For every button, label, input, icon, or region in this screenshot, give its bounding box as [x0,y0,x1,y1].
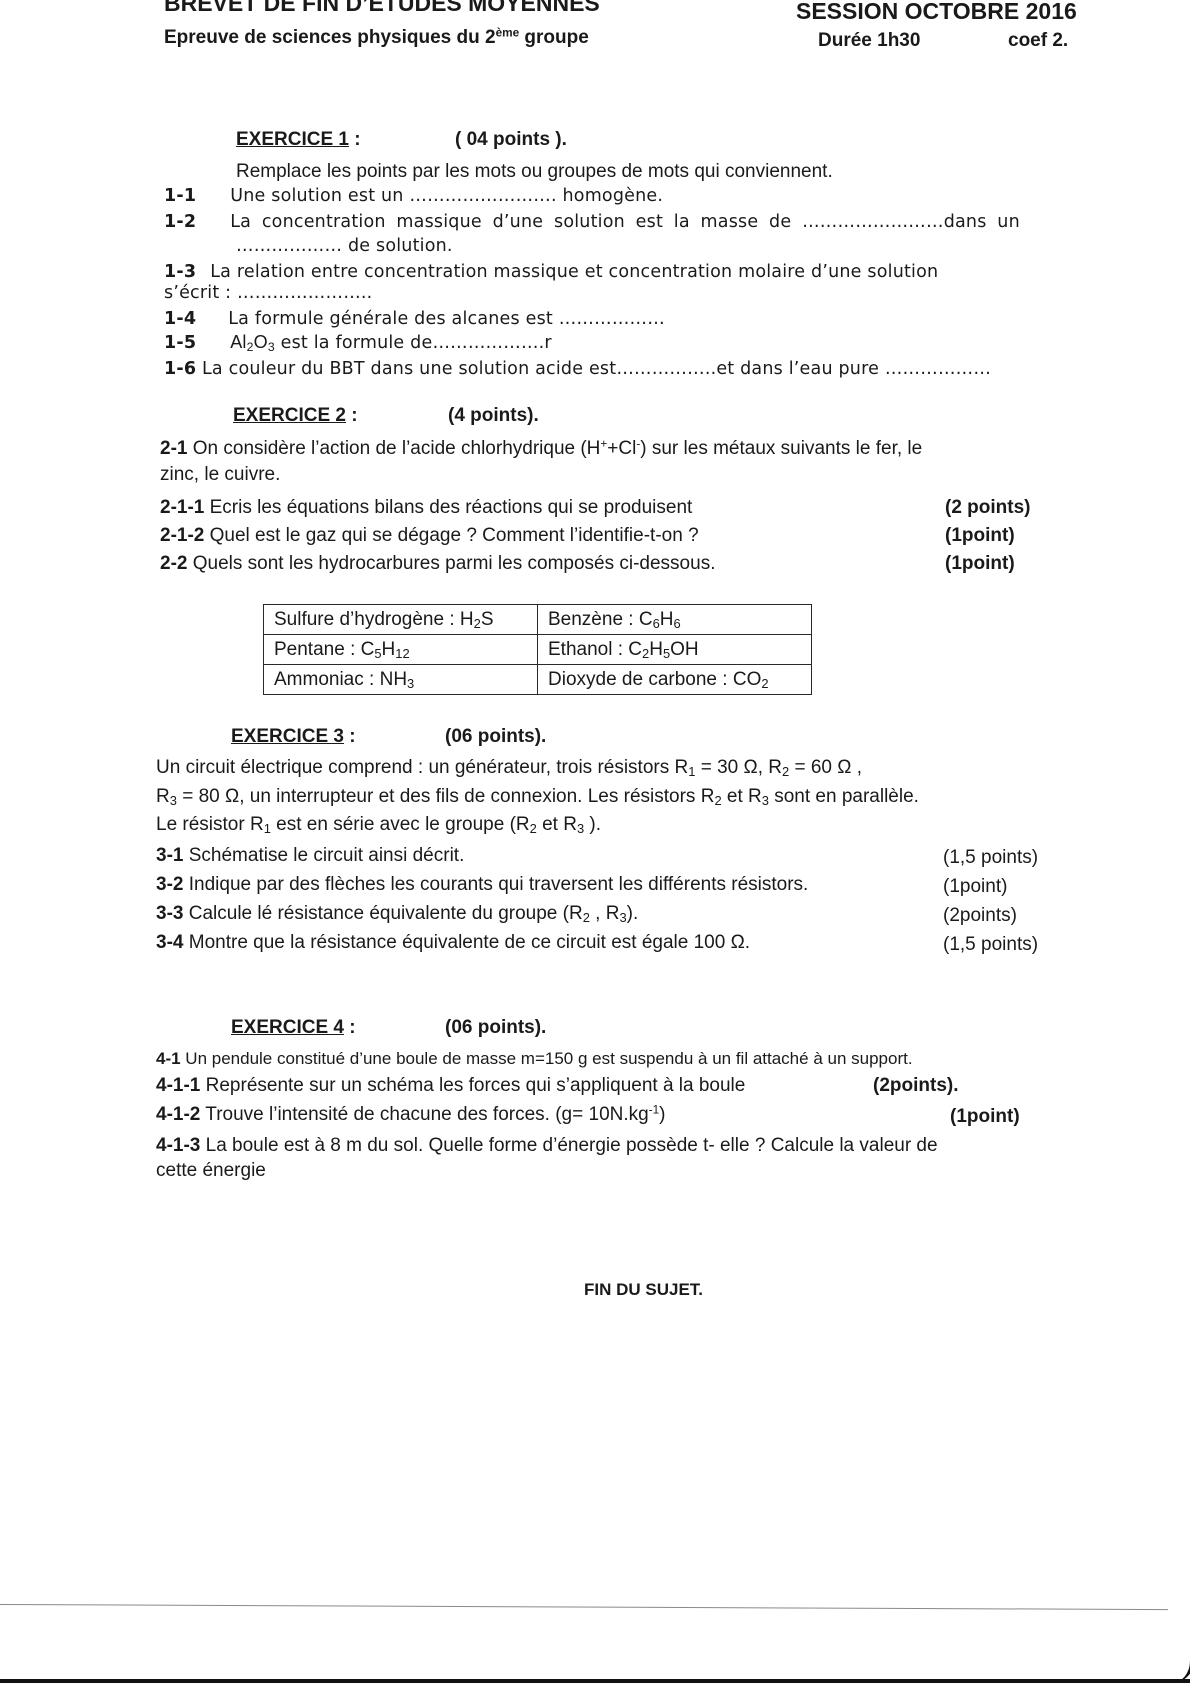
question-3-4-points: (1,5 points) [943,934,1038,956]
scan-fold-line [0,1604,1168,1610]
compound-formula: H2S [460,609,494,630]
question-number: 2-2 [160,553,187,574]
question-text: Une solution est un ……………………. homogène. [230,186,663,206]
question-4-1-3-continued: cette énergie [156,1160,266,1182]
exercise-4-points: (06 points). [445,1017,546,1039]
question-text: La couleur du BBT dans une solution acid… [202,359,991,379]
exercise-4-heading: EXERCICE 4 : [231,1017,356,1039]
question-3-4: 3-4 Montre que la résistance équivalente… [156,932,750,954]
question-text: La boule est à 8 m du sol. Quelle forme … [200,1135,937,1156]
exercise-2-title: EXERCICE 2 [233,405,346,426]
question-2-2: 2-2 Quels sont les hydrocarbures parmi l… [160,553,715,575]
question-number: 4-1-3 [156,1135,200,1156]
question-2-1-2: 2-1-2 Quel est le gaz qui se dégage ? Co… [160,525,699,547]
question-3-1: 3-1 Schématise le circuit ainsi décrit. [156,845,464,867]
table-row: Sulfure d’hydrogène : H2SBenzène : C6H6 [264,605,812,635]
exercise-3-intro-line-3: Le résistor R1 est en série avec le grou… [156,814,601,836]
question-text: Quel est le gaz qui se dégage ? Comment … [204,525,698,546]
question-text: Schématise le circuit ainsi décrit. [183,845,464,866]
table-row: Pentane : C5H12Ethanol : C2H5OH [264,635,812,665]
compound-cell: Ammoniac : NH3 [264,665,538,695]
question-2-2-points: (1point) [945,553,1015,575]
compound-formula: C2H5OH [628,639,698,660]
question-2-1-1: 2-1-1 Ecris les équations bilans des réa… [160,497,692,519]
compound-cell: Pentane : C5H12 [264,635,538,665]
question-text: Ecris les équations bilans des réactions… [204,497,692,518]
question-2-1-1-points: (2 points) [945,497,1031,519]
question-number: 3-2 [156,874,183,895]
subject-text: Epreuve de sciences physiques du 2 [164,27,496,48]
question-number: 2-1-1 [160,497,204,518]
question-text: est la formule de……………….r [275,333,552,353]
compound-name: Ammoniac : [274,669,380,690]
question-1-2-continued: ……………… de solution. [236,236,453,256]
question-text: La relation entre concentration massique… [210,262,938,282]
compound-formula: NH3 [380,669,415,690]
question-3-2-points: (1point) [943,876,1007,898]
colon: : [349,129,361,150]
exercise-1-title: EXERCICE 1 [236,129,349,150]
exercise-2-heading: EXERCICE 2 : [233,405,358,427]
question-text: +Cl [607,438,636,459]
exam-subject: Epreuve de sciences physiques du 2ème gr… [164,27,589,49]
exam-coef: coef 2. [1008,30,1068,52]
exam-session: SESSION OCTOBRE 2016 [796,0,1077,25]
exam-title: BREVET DE FIN D’ETUDES MOYENNES [164,0,600,17]
question-4-1-1: 4-1-1 Représente sur un schéma les force… [156,1075,745,1097]
exercise-2-points: (4 points). [448,405,539,427]
question-number: 4-1-2 [156,1104,200,1125]
question-2-1-continued: zinc, le cuivre. [160,464,280,486]
question-number: 1-6 [164,359,196,379]
question-text: Représente sur un schéma les forces qui … [200,1075,745,1096]
question-1-1: 1-1Une solution est un ……………………. homogèn… [164,186,663,206]
question-text: La formule générale des alcanes est …………… [228,309,665,329]
question-1-2: 1-2La concentration massique d’une solut… [164,212,1074,232]
question-text: Quels sont les hydrocarbures parmi les c… [187,553,715,574]
exercise-3-heading: EXERCICE 3 : [231,726,356,748]
subject-sup: ème [496,27,520,40]
question-4-1-2-points: (1point) [950,1106,1020,1128]
end-of-exam: FIN DU SUJET. [584,1280,703,1300]
exercise-3-title: EXERCICE 3 [231,726,344,747]
question-1-3-continued: s’écrit : ………………….. [164,283,372,303]
question-number: 1-3 [164,262,196,282]
question-text: ) sur les métaux suivants le fer, le [640,438,922,459]
question-1-3: 1-3La relation entre concentration massi… [164,262,938,282]
question-text: Un pendule constitué d’une boule de mass… [181,1049,913,1068]
scan-corner-edge [1170,1640,1190,1683]
exercise-3-intro-line-2: R3 = 80 Ω, un interrupteur et des fils d… [156,786,919,808]
question-4-1: 4-1 Un pendule constitué d’une boule de … [156,1049,913,1069]
compound-name: Pentane : [274,639,361,660]
compound-name: Sulfure d’hydrogène : [274,609,460,630]
formula-al2o3: Al2O3 [230,332,275,352]
question-1-5: 1-5Al2O3 est la formule de……………….r [164,332,552,353]
question-1-6: 1-6 La couleur du BBT dans une solution … [164,359,991,379]
question-text: Montre que la résistance équivalente de … [183,932,750,953]
question-text: On considère l’action de l’acide chlorhy… [187,438,600,459]
question-2-1: 2-1 On considère l’action de l’acide chl… [160,438,922,460]
compound-formula: C6H6 [639,609,681,630]
colon: : [346,405,358,426]
exercise-4-title: EXERCICE 4 [231,1017,344,1038]
compounds-table-body: Sulfure d’hydrogène : H2SBenzène : C6H6P… [264,605,812,695]
question-1-4: 1-4La formule générale des alcanes est …… [164,309,665,329]
compound-formula: C5H12 [361,639,410,660]
question-4-1-2: 4-1-2 Trouve l’intensité de chacune des … [156,1104,666,1126]
compound-cell: Sulfure d’hydrogène : H2S [264,605,538,635]
table-row: Ammoniac : NH3Dioxyde de carbone : CO2 [264,665,812,695]
question-number: 3-4 [156,932,183,953]
question-number: 1-2 [164,212,196,232]
compound-cell: Ethanol : C2H5OH [538,635,812,665]
exercise-1-heading: EXERCICE 1 : [236,129,361,151]
question-number: 3-1 [156,845,183,866]
colon: : [344,726,356,747]
colon: : [344,1017,356,1038]
question-number: 2-1 [160,438,187,459]
question-3-1-points: (1,5 points) [943,847,1038,869]
compound-cell: Dioxyde de carbone : CO2 [538,665,812,695]
question-number: 4-1-1 [156,1075,200,1096]
compounds-table: Sulfure d’hydrogène : H2SBenzène : C6H6P… [263,604,812,695]
compound-name: Benzène : [548,609,639,630]
question-text: Indique par des flèches les courants qui… [183,874,808,895]
question-number: 3-3 [156,903,183,924]
exercise-3-points: (06 points). [445,726,546,748]
question-4-1-3: 4-1-3 La boule est à 8 m du sol. Quelle … [156,1135,938,1157]
question-number: 1-4 [164,309,196,329]
question-number: 2-1-2 [160,525,204,546]
compound-formula: CO2 [733,669,769,690]
question-text: La concentration massique d’une solution… [230,212,1020,232]
question-3-3: 3-3 Calcule lé résistance équivalente du… [156,903,638,925]
question-3-2: 3-2 Indique par des flèches les courants… [156,874,808,896]
scan-bottom-edge [0,1679,1190,1683]
compound-name: Ethanol : [548,639,628,660]
subject-group: groupe [519,27,589,48]
question-number: 4-1 [156,1049,181,1068]
exercise-1-instruction: Remplace les points par les mots ou grou… [236,161,833,183]
question-2-1-2-points: (1point) [945,525,1015,547]
exam-duration: Durée 1h30 [818,30,920,52]
exercise-3-intro-line-1: Un circuit électrique comprend : un géné… [156,757,862,779]
exercise-1-points: ( 04 points ). [455,129,567,151]
question-4-1-1-points: (2points). [873,1075,959,1097]
question-3-3-points: (2points) [943,905,1017,927]
question-number: 1-1 [164,186,196,206]
compound-cell: Benzène : C6H6 [538,605,812,635]
compound-name: Dioxyde de carbone : [548,669,733,690]
question-number: 1-5 [164,333,196,353]
